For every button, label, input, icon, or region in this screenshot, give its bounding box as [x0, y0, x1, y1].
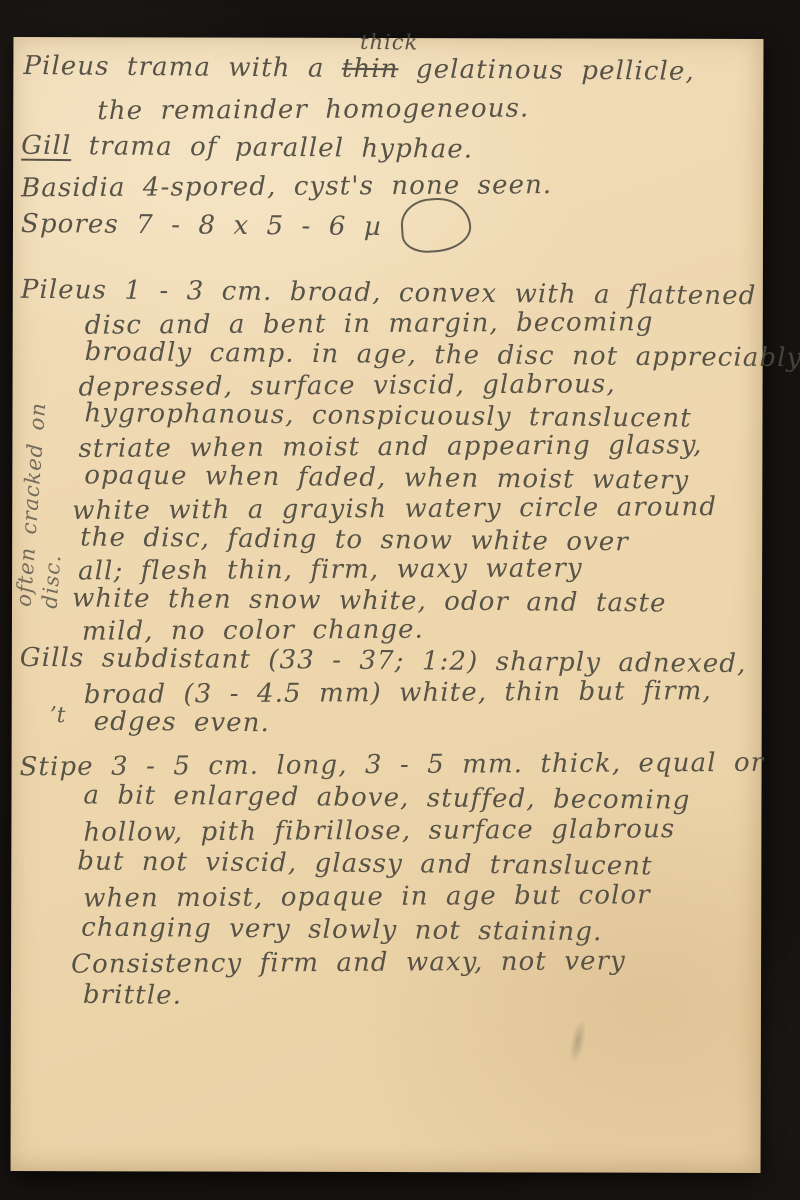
spores-line: Spores 7 - 8 x 5 - 6 µ — [21, 209, 382, 242]
stipe-line-1: a bit enlarged above, stuffed, becoming — [83, 780, 690, 815]
pileus-line-1: disc and a bent in margin, becoming — [85, 307, 654, 340]
gill-trama-line: Gill trama of parallel hyphae. — [21, 131, 473, 165]
gills-edge-mark: ’t — [50, 703, 66, 728]
pileus-line-0: Pileus 1 - 3 cm. broad, convex with a fl… — [21, 275, 757, 311]
photo-background: often cracked on disc. Pileus trama with… — [0, 0, 800, 1200]
pileus-line-3: depressed, surface viscid, glabrous, — [78, 369, 615, 402]
stipe-line-7: brittle. — [83, 980, 182, 1011]
pencil-smudge — [566, 1018, 589, 1066]
gills-line-0: Gills subdistant (33 - 37; 1:2) sharply … — [20, 643, 747, 679]
pileus-line-6: opaque when faded, when moist watery — [84, 460, 689, 495]
pileus-trama-line-1: Pileus trama with a thick thin gelatinou… — [23, 51, 695, 87]
struck-word-thin: thin — [342, 54, 399, 84]
pileus-line-9: all; flesh thin, firm, waxy watery — [78, 553, 583, 586]
spore-outline-sketch — [399, 196, 472, 255]
note-card: often cracked on disc. Pileus trama with… — [11, 37, 764, 1173]
pileus-line-4: hygrophanous, conspicuously translucent — [84, 398, 691, 433]
stipe-line-6: Consistency firm and waxy, not very — [71, 946, 626, 979]
gills-line-1: broad (3 - 4.5 mm) white, thin but firm, — [84, 676, 712, 710]
pileus-line-7: white with a grayish watery circle aroun… — [72, 492, 717, 526]
pileus-trama-post: gelatinous pellicle, — [416, 54, 695, 86]
gills-line-2: edges even. — [94, 707, 271, 739]
pileus-line-10: white then snow white, odor and taste — [72, 583, 667, 618]
pileus-trama-line-2: the remainder homogeneous. — [97, 93, 529, 126]
gill-underlined-word: Gill — [21, 131, 71, 161]
stipe-line-5: changing very slowly not staining. — [81, 913, 603, 948]
gill-trama-rest: trama of parallel hyphae. — [89, 131, 474, 164]
pileus-line-2: broadly camp. in age, the disc not appre… — [85, 337, 800, 373]
correction-group: thick thin — [342, 54, 399, 84]
basidia-line: Basidia 4-spored, cyst's none seen. — [21, 170, 552, 203]
pileus-line-5: striate when moist and appearing glassy, — [78, 430, 702, 464]
pileus-line-11: mild, no color change. — [82, 615, 424, 647]
stipe-line-2: hollow, pith fibrillose, surface glabrou… — [83, 814, 675, 848]
stipe-line-4: when moist, opaque in age but color — [83, 880, 651, 913]
stipe-line-3: but not viscid, glassy and translucent — [77, 846, 653, 881]
pileus-line-8: the disc, fading to snow white over — [80, 523, 629, 558]
inserted-word-thick: thick — [360, 30, 418, 55]
stipe-line-0: Stipe 3 - 5 cm. long, 3 - 5 mm. thick, e… — [19, 748, 764, 783]
pileus-trama-pre: Pileus trama with a — [23, 51, 324, 84]
